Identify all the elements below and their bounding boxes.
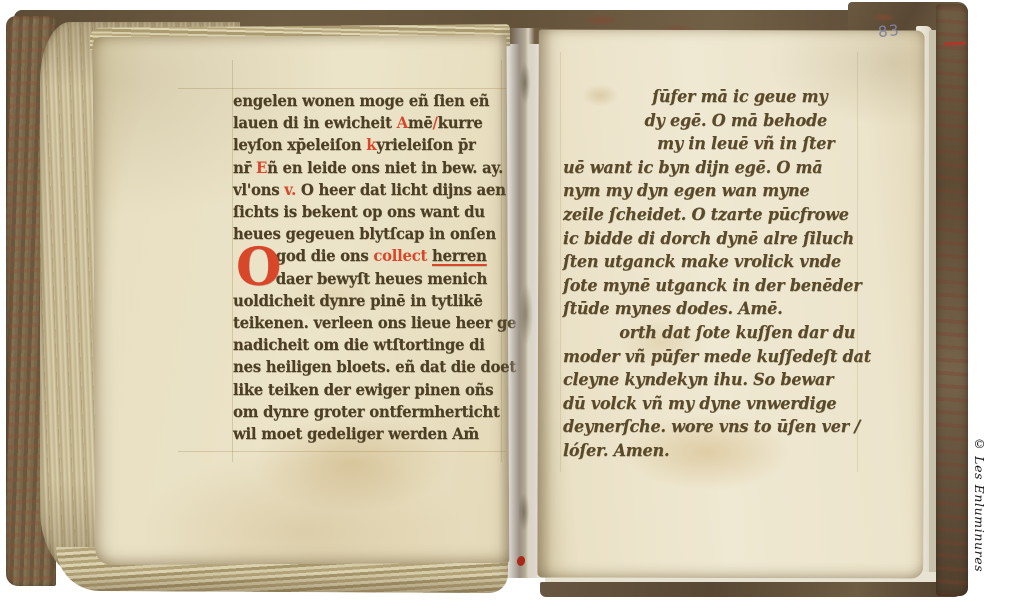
ink-text: my in leuē vñ in ſter — [657, 134, 834, 153]
rubric-text: E — [256, 158, 267, 177]
manuscript-text-line: engelen wonen moge eñ ſien eñ — [233, 90, 493, 112]
ink-text: yrieleiſon p̄r — [376, 135, 475, 154]
manuscript-text-line: deynerſche. wore vns to ūſen ver / — [563, 415, 854, 439]
ink-text: cleyne kyndekyn ihu. So bewar — [563, 370, 833, 389]
rubric-text: A — [397, 113, 408, 132]
ruling-line — [178, 88, 506, 89]
ruling-line — [857, 52, 858, 472]
manuscript-text-line: ſichts is bekent op ons want du — [233, 201, 493, 223]
manuscript-text-line: ſūfer mā ic geue my — [563, 85, 854, 109]
manuscript-text-line: lauen di in ewicheit Amē/kurre — [233, 112, 493, 134]
ink-text: ſichts is bekent op ons want du — [233, 202, 485, 221]
ruling-line — [178, 451, 506, 452]
manuscript-text-line: ic bidde di dorch dynē alre ſiluch — [563, 227, 854, 251]
ink-text: leyſon xp̄eleiſon — [233, 135, 366, 154]
ink-text: uē want ic byn dijn egē. O mā — [563, 158, 822, 177]
ink-text: vl'ons — [233, 180, 284, 199]
ink-text: teikenen. verleen ons lieue heer ge — [233, 313, 516, 332]
ink-text: like teiken der ewiger pinen oñs — [233, 380, 493, 399]
ink-text: herren — [432, 246, 487, 265]
manuscript-text-line: leyſon xp̄eleiſon kyrieleiſon p̄r — [233, 134, 493, 156]
ink-text: ſūfer mā ic geue my — [652, 87, 827, 106]
folio-number: 83 — [877, 21, 901, 41]
manuscript-text-line: dy egē. O mā behode — [563, 109, 854, 133]
ink-text: ſote mynē utganck in der benēder — [563, 276, 861, 295]
cover-bottom-edge — [540, 582, 964, 597]
ink-text: nym my dyn egen wan myne — [563, 181, 809, 200]
manuscript-text-line: nr̄ Eñ en leide ons niet in bew. ay. — [233, 157, 493, 179]
ink-text: engelen wonen moge eñ ſien eñ — [233, 91, 489, 110]
manuscript-text-line: uē want ic byn dijn egē. O mā — [563, 156, 854, 180]
ink-text: moder vñ pūfer mede kuſſedeſt dat — [563, 347, 871, 366]
back-cover-edge — [936, 4, 968, 596]
manuscript-text-line: cleyne kyndekyn ihu. So bewar — [563, 368, 854, 392]
ink-text: orth dat ſote kuſſen dar du — [619, 323, 855, 342]
ink-text: nr̄ — [233, 158, 256, 177]
manuscript-text-line: om dynre groter ontfermherticht — [233, 401, 493, 423]
manuscript-text-line: vl'ons v. O heer dat licht dijns aen — [233, 179, 493, 201]
manuscript-photo: engelen wonen moge eñ ſien eñlauen di in… — [0, 0, 1013, 600]
rubric-text: v. — [284, 180, 296, 199]
ink-text: mē — [408, 113, 433, 132]
manuscript-text-line: my in leuē vñ in ſter — [563, 132, 854, 156]
ink-text: nes heiligen bloets. eñ dat die doet — [233, 357, 516, 376]
ink-text: nadicheit om die wtſtortinge di — [233, 335, 485, 354]
manuscript-text-line: zeile ſcheidet. O tzarte pūcfrowe — [563, 203, 854, 227]
manuscript-text-line: nadicheit om die wtſtortinge di — [233, 334, 493, 356]
drop-cap-initial: O — [236, 244, 281, 292]
rubric-text: collect — [373, 246, 432, 265]
ink-text: ic bidde di dorch dynē alre ſiluch — [563, 229, 854, 248]
manuscript-text-line: like teiken der ewiger pinen oñs — [233, 379, 493, 401]
manuscript-text-line: dū volck vñ my dyne vnwerdige — [563, 392, 854, 416]
manuscript-text-line: ſten utganck make vrolick vnde — [563, 250, 854, 274]
ink-text: zeile ſcheidet. O tzarte pūcfrowe — [563, 205, 849, 224]
manuscript-text-line: teikenen. verleen ons lieue heer ge — [233, 312, 493, 334]
ink-text: deynerſche. wore vns to ūſen ver / — [563, 417, 860, 436]
manuscript-text-line: nym my dyn egen wan myne — [563, 179, 854, 203]
right-page-text: ſūfer mā ic geue mydy egē. O mā behodemy… — [563, 85, 854, 463]
watermark-credit: © Les Enluminures — [972, 436, 987, 572]
ink-text: dū volck vñ my dyne vnwerdige — [563, 394, 836, 413]
manuscript-text-line: ſote mynē utganck in der benēder — [563, 274, 854, 298]
ink-text: god die ons — [276, 246, 374, 265]
manuscript-text-line: moder vñ pūfer mede kuſſedeſt dat — [563, 345, 854, 369]
manuscript-text-line: ſtūde mynes dodes. Amē. — [563, 297, 854, 321]
ink-text: O heer dat licht dijns aen — [296, 180, 506, 199]
rubric-text: k — [366, 135, 376, 154]
ink-text: daer bewyſt heues menich — [276, 269, 487, 288]
red-marker-dot — [516, 555, 526, 567]
ink-text: dy egē. O mā behode — [644, 111, 827, 130]
ink-text: kurre — [438, 113, 483, 132]
ruling-line — [560, 52, 561, 472]
ink-text: wil moet gedeliger werden Am̄ — [233, 424, 479, 443]
ink-text: ſtūde mynes dodes. Amē. — [563, 299, 783, 318]
ink-text: ſten utganck make vrolick vnde — [563, 252, 841, 271]
ink-text: lóſer. Amen. — [563, 441, 669, 460]
ruling-line — [501, 60, 502, 462]
manuscript-text-line: orth dat ſote kuſſen dar du — [563, 321, 854, 345]
ink-text: ñ en leide ons niet in bew. ay. — [267, 158, 503, 177]
ink-text: lauen di in ewicheit — [233, 113, 397, 132]
manuscript-text-line: lóſer. Amen. — [563, 439, 854, 463]
manuscript-text-line: wil moet gedeliger werden Am̄ — [233, 423, 493, 445]
manuscript-text-line: nes heiligen bloets. eñ dat die doet — [233, 356, 493, 378]
ink-text: om dynre groter ontfermherticht — [233, 402, 500, 421]
